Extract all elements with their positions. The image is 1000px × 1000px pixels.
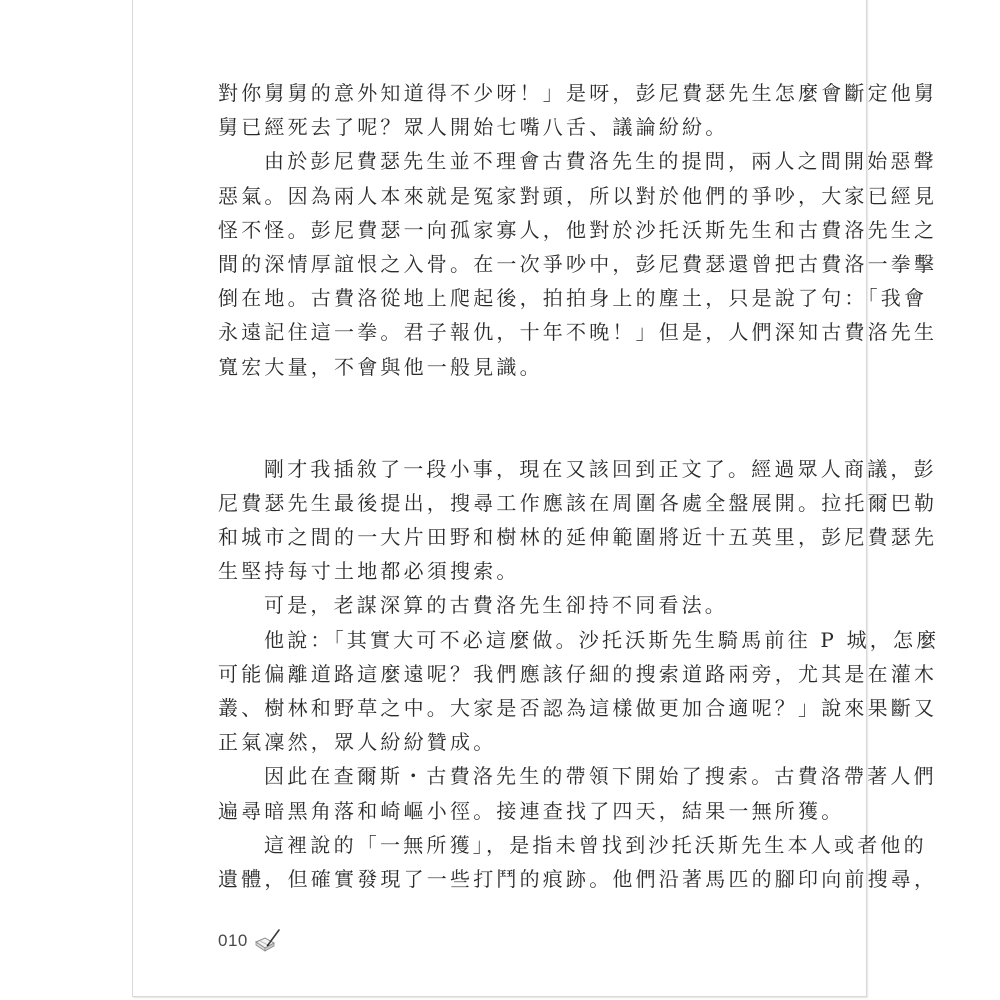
text-line: 寬宏大量，不會與他一般見識。	[218, 350, 784, 384]
text-line: 間的深情厚誼恨之入骨。在一次爭吵中，彭尼費瑟還曾把古費洛一拳擊	[218, 247, 784, 281]
text-line: 因此在查爾斯・古費洛先生的帶領下開始了搜索。古費洛帶著人們	[218, 759, 784, 793]
page-number: 010	[218, 931, 248, 951]
text-line: 由於彭尼費瑟先生並不理會古費洛先生的提問，兩人之間開始惡聲	[218, 144, 784, 178]
text-line: 可是，老謀深算的古費洛先生卻持不同看法。	[218, 588, 784, 622]
section-break	[218, 384, 784, 452]
text-line: 他說：「其實大可不必這麼做。沙托沃斯先生騎馬前往 P 城，怎麼	[218, 623, 784, 657]
text-line: 對你舅舅的意外知道得不少呀！」是呀，彭尼費瑟先生怎麼會斷定他舅	[218, 76, 784, 110]
text-line: 遍尋暗黑角落和崎嶇小徑。接連查找了四天，結果一無所獲。	[218, 794, 784, 828]
pen-and-notebook-icon	[254, 928, 282, 954]
text-line: 生堅持每寸土地都必須搜索。	[218, 554, 784, 588]
text-line: 怪不怪。彭尼費瑟一向孤家寡人，他對於沙托沃斯先生和古費洛先生之	[218, 213, 784, 247]
page-footer: 010	[218, 928, 282, 954]
text-line: 舅已經死去了呢？眾人開始七嘴八舌、議論紛紛。	[218, 110, 784, 144]
text-line: 正氣凜然，眾人紛紛贊成。	[218, 725, 784, 759]
text-line: 惡氣。因為兩人本來就是冤家對頭，所以對於他們的爭吵，大家已經見	[218, 179, 784, 213]
text-line: 遺體，但確實發現了一些打鬥的痕跡。他們沿著馬匹的腳印向前搜尋，	[218, 862, 784, 896]
text-line: 永遠記住這一拳。君子報仇，十年不晚！」但是，人們深知古費洛先生	[218, 315, 784, 349]
text-line: 和城市之間的一大片田野和樹林的延伸範圍將近十五英里，彭尼費瑟先	[218, 520, 784, 554]
text-line: 倒在地。古費洛從地上爬起後，拍拍身上的塵土，只是說了句：「我會	[218, 281, 784, 315]
text-line: 剛才我插敘了一段小事，現在又該回到正文了。經過眾人商議，彭	[218, 452, 784, 486]
text-line: 可能偏離道路這麼遠呢？我們應該仔細的搜索道路兩旁，尤其是在灌木	[218, 657, 784, 691]
body-text: 對你舅舅的意外知道得不少呀！」是呀，彭尼費瑟先生怎麼會斷定他舅 舅已經死去了呢？…	[218, 76, 784, 896]
text-line: 叢、樹林和野草之中。大家是否認為這樣做更加合適呢？」說來果斷又	[218, 691, 784, 725]
text-line: 尼費瑟先生最後提出，搜尋工作應該在周圍各處全盤展開。拉托爾巴勒	[218, 486, 784, 520]
text-line: 這裡說的「一無所獲」，是指未曾找到沙托沃斯先生本人或者他的	[218, 828, 784, 862]
